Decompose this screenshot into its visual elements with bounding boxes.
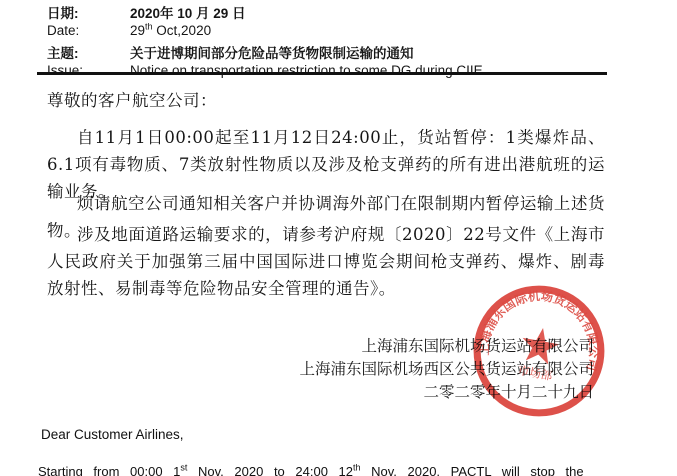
signature-company-1: 上海浦东国际机场货运站有限公司: [299, 335, 594, 358]
salutation-en: Dear Customer Airlines,: [41, 427, 184, 442]
subject-value-zh: 关于进博期间部分危险品等货物限制运输的通知: [130, 45, 414, 62]
paragraph-ground-transport-reference: 涉及地面道路运输要求的，请参考沪府规〔2020〕22号文件《上海市人民政府关于加…: [47, 221, 605, 302]
header-divider-line: [37, 72, 607, 75]
subject-label-zh: 主题:: [47, 45, 130, 62]
date-row-zh: 日期: 2020年 10 月 29 日: [47, 5, 607, 22]
subject-value-en: Notice on transportation restriction to …: [130, 62, 483, 79]
subject-row-zh: 主题: 关于进博期间部分危险品等货物限制运输的通知: [47, 45, 607, 62]
subject-row-en: Issue: Notice on transportation restrict…: [47, 62, 607, 79]
salutation-zh: 尊敬的客户航空公司：: [47, 87, 217, 111]
date-label-en: Date:: [47, 22, 130, 39]
subject-label-en: Issue:: [47, 62, 130, 79]
date-ordinal-suffix: th: [145, 22, 153, 32]
notice-letter-page: { "document": { "header": { "date_label_…: [0, 0, 677, 476]
date-label-zh: 日期:: [47, 5, 130, 22]
ordinal-suffix: th: [353, 463, 361, 473]
signature-company-2: 上海浦东国际机场西区公共货运站有限公司: [299, 358, 594, 381]
signature-date: 二零二零年十月二十九日: [299, 381, 594, 404]
letter-header: 日期: 2020年 10 月 29 日 Date: 29th Oct,2020 …: [47, 5, 607, 79]
signature-block: 上海浦东国际机场货运站有限公司 上海浦东国际机场西区公共货运站有限公司 二零二零…: [299, 335, 594, 404]
english-body-cutoff-line: Starting from 00:00 1st Nov, 2020 to 24:…: [38, 464, 638, 476]
date-value-en: 29th Oct,2020: [130, 22, 211, 39]
date-row-en: Date: 29th Oct,2020: [47, 22, 607, 39]
date-value-zh: 2020年 10 月 29 日: [130, 5, 246, 22]
